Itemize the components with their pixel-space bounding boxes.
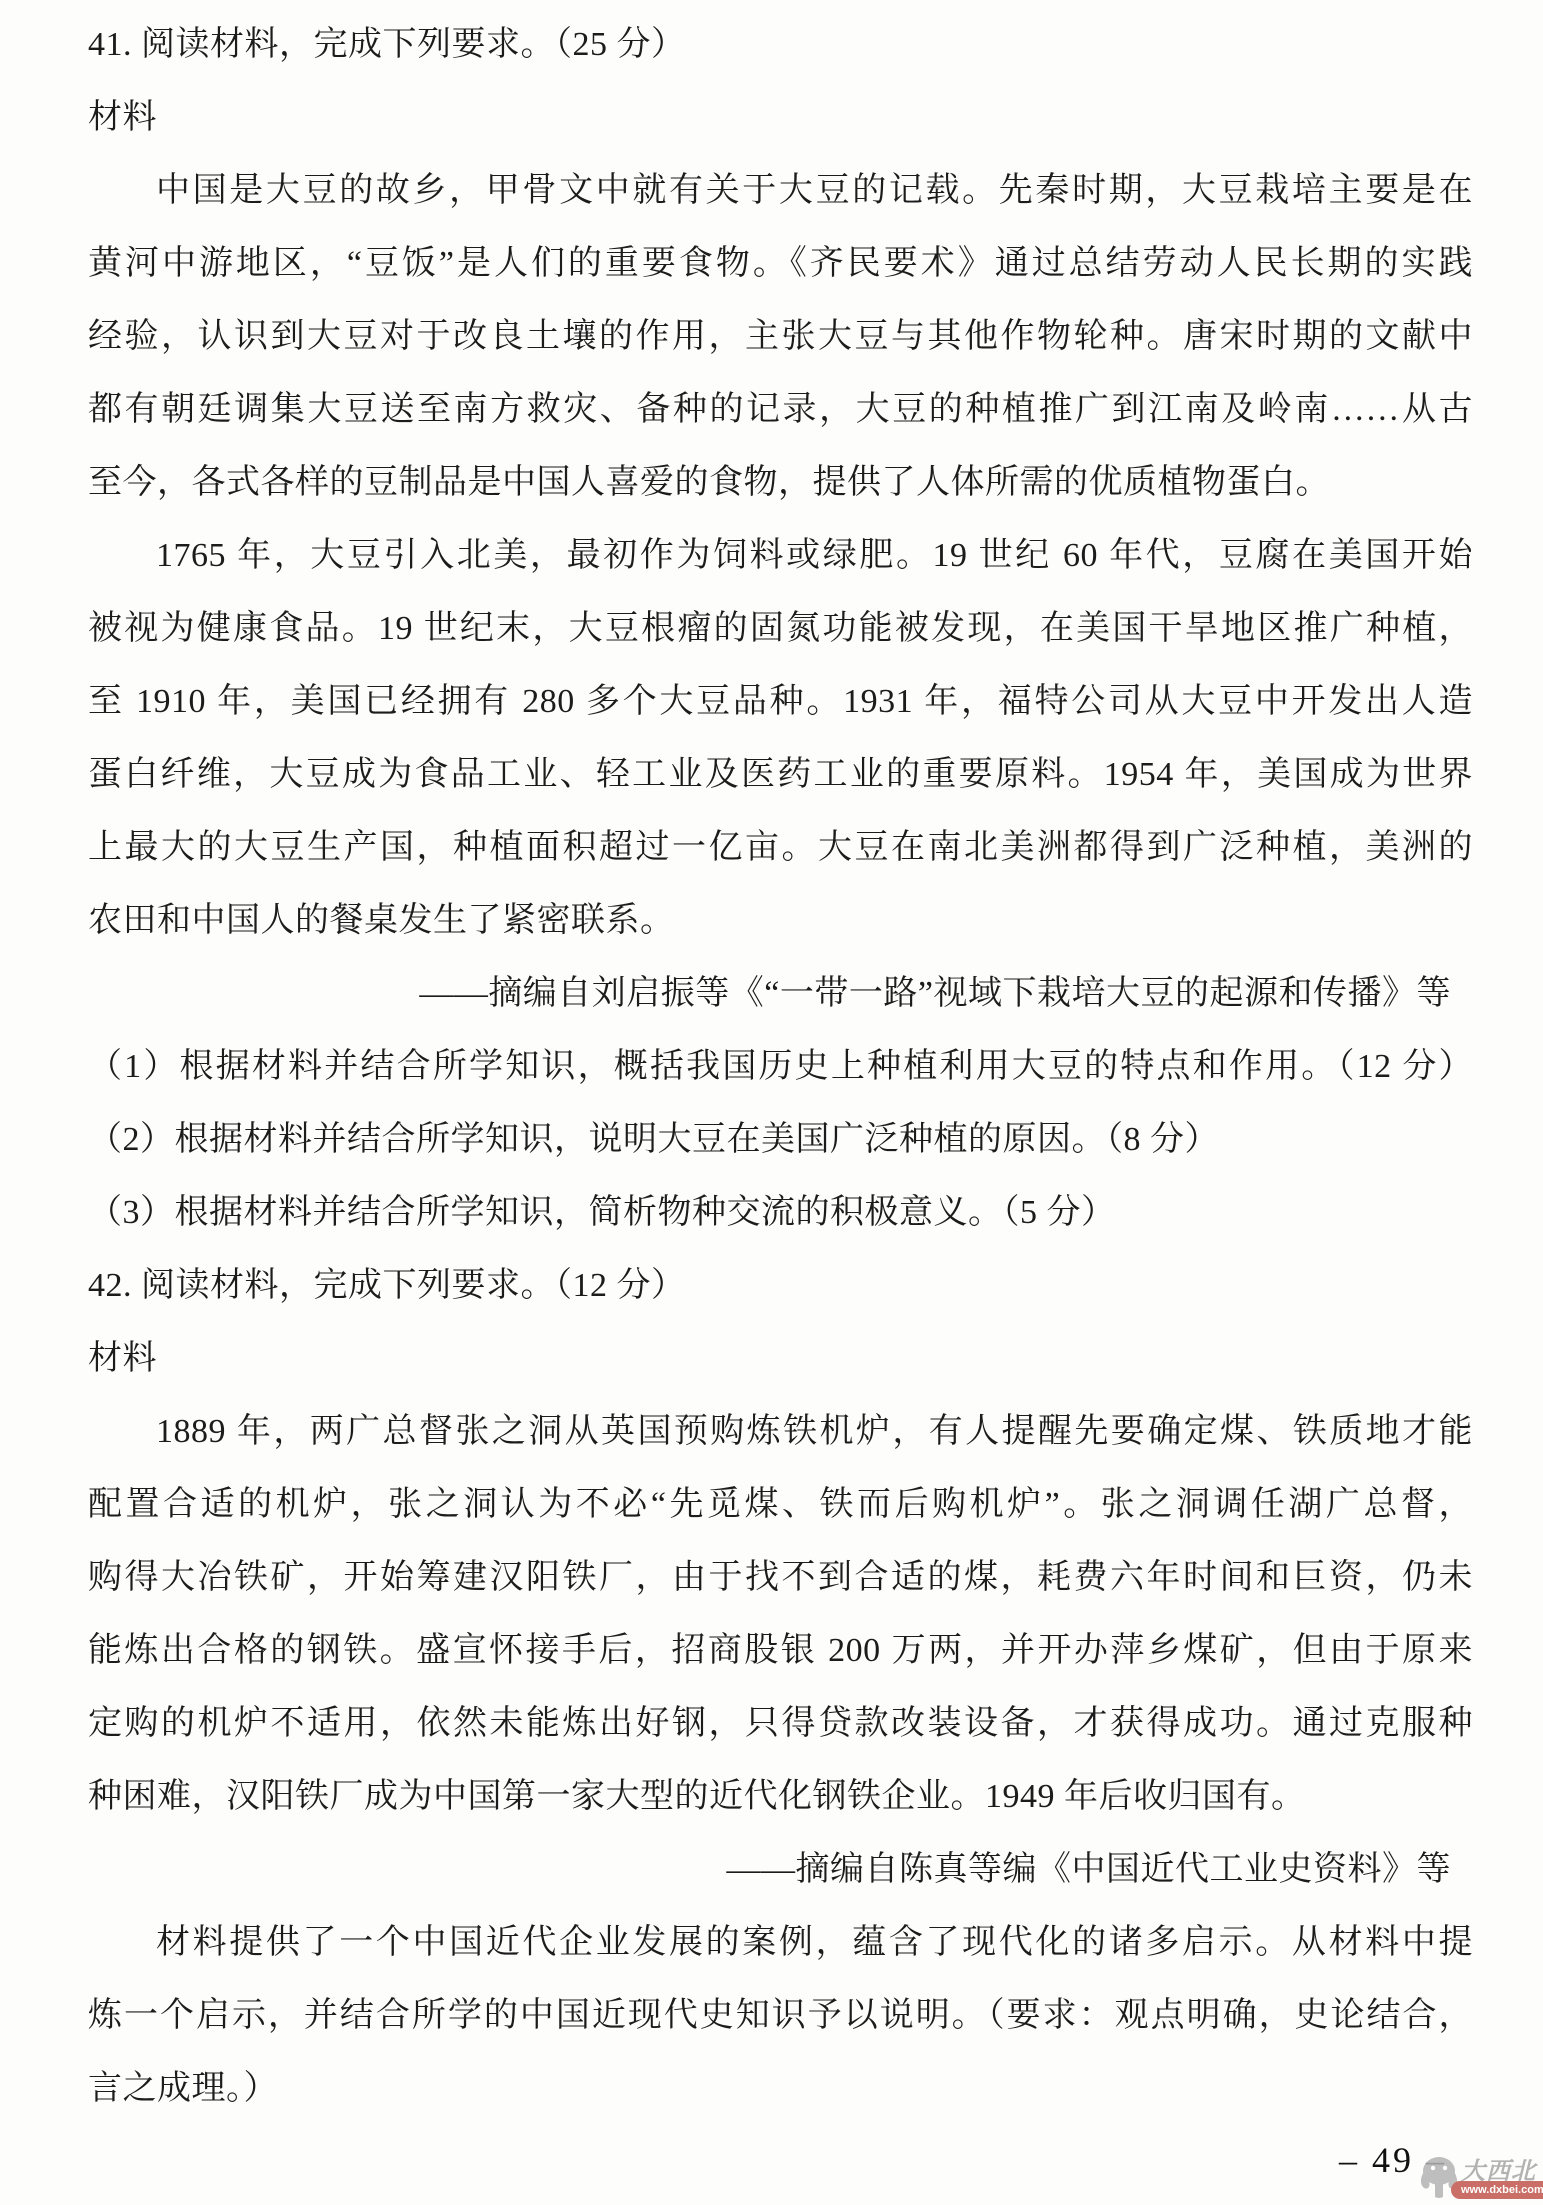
exam-content: 41. 阅读材料，完成下列要求。（25 分） 材料 中国是大豆的故乡，甲骨文中就… bbox=[0, 0, 1543, 2125]
material-line: 黄河中游地区，“豆饭”是人们的重要食物。《齐民要术》通过总结劳动人民长期的实践 bbox=[88, 227, 1473, 300]
source-citation-41: ——摘编自刘启振等《“一带一路”视域下栽培大豆的起源和传播》等 bbox=[88, 957, 1473, 1030]
material-line: 中国是大豆的故乡，甲骨文中就有关于大豆的记载。先秦时期，大豆栽培主要是在 bbox=[88, 154, 1473, 227]
material-line: 定购的机炉不适用，依然未能炼出好钢，只得贷款改装设备，才获得成功。通过克服种 bbox=[88, 1687, 1473, 1760]
material-line: 被视为健康食品。19 世纪末，大豆根瘤的固氮功能被发现，在美国干旱地区推广种植， bbox=[88, 592, 1473, 665]
question-41-heading: 41. 阅读材料，完成下列要求。（25 分） bbox=[88, 8, 1473, 81]
exam-page: 41. 阅读材料，完成下列要求。（25 分） 材料 中国是大豆的故乡，甲骨文中就… bbox=[0, 0, 1543, 2205]
material-label-42: 材料 bbox=[88, 1322, 1473, 1395]
material-paragraph-42: 1889 年，两广总督张之洞从英国预购炼铁机炉，有人提醒先要确定煤、铁质地才能 … bbox=[88, 1395, 1473, 1833]
question-42-heading: 42. 阅读材料，完成下列要求。（12 分） bbox=[88, 1249, 1473, 1322]
subquestion-41-3: （3）根据材料并结合所学知识，简析物种交流的积极意义。（5 分） bbox=[88, 1176, 1473, 1249]
source-citation-42: ——摘编自陈真等编《中国近代工业史资料》等 bbox=[88, 1833, 1473, 1906]
material-label-41: 材料 bbox=[88, 81, 1473, 154]
task-line: 言之成理。） bbox=[88, 2052, 1473, 2125]
material-line: 能炼出合格的钢铁。盛宣怀接手后，招商股银 200 万两，并开办萍乡煤矿，但由于原… bbox=[88, 1614, 1473, 1687]
watermark-site-url: www.dxbei.com bbox=[1451, 2181, 1543, 2199]
material-line: 蛋白纤维，大豆成为食品工业、轻工业及医药工业的重要原料。1954 年，美国成为世… bbox=[88, 738, 1473, 811]
material-paragraph-41-2: 1765 年，大豆引入北美，最初作为饲料或绿肥。19 世纪 60 年代，豆腐在美… bbox=[88, 519, 1473, 957]
material-line: 至 1910 年，美国已经拥有 280 多个大豆品种。1931 年，福特公司从大… bbox=[88, 665, 1473, 738]
material-line: 经验，认识到大豆对于改良土壤的作用，主张大豆与其他作物轮种。唐宋时期的文献中 bbox=[88, 300, 1473, 373]
task-line: 材料提供了一个中国近代企业发展的案例，蕴含了现代化的诸多启示。从材料中提 bbox=[88, 1906, 1473, 1979]
material-line: 都有朝廷调集大豆送至南方救灾、备种的记录，大豆的种植推广到江南及岭南……从古 bbox=[88, 373, 1473, 446]
material-line: 上最大的大豆生产国，种植面积超过一亿亩。大豆在南北美洲都得到广泛种植，美洲的 bbox=[88, 811, 1473, 884]
material-line: 至今，各式各样的豆制品是中国人喜爱的食物，提供了人体所需的优质植物蛋白。 bbox=[88, 446, 1473, 519]
task-paragraph-42: 材料提供了一个中国近代企业发展的案例，蕴含了现代化的诸多启示。从材料中提 炼一个… bbox=[88, 1906, 1473, 2125]
subquestion-41-2: （2）根据材料并结合所学知识，说明大豆在美国广泛种植的原因。（8 分） bbox=[88, 1103, 1473, 1176]
material-line: 购得大冶铁矿，开始筹建汉阳铁厂，由于找不到合适的煤，耗费六年时间和巨资，仍未 bbox=[88, 1541, 1473, 1614]
material-line: 种困难，汉阳铁厂成为中国第一家大型的近代化钢铁企业。1949 年后收归国有。 bbox=[88, 1760, 1473, 1833]
material-line: 农田和中国人的餐桌发生了紧密联系。 bbox=[88, 884, 1473, 957]
subquestion-41-1: （1）根据材料并结合所学知识，概括我国历史上种植利用大豆的特点和作用。（12 分… bbox=[88, 1030, 1473, 1103]
material-line: 配置合适的机炉，张之洞认为不必“先觅煤、铁而后购机炉”。张之洞调任湖广总督， bbox=[88, 1468, 1473, 1541]
task-line: 炼一个启示，并结合所学的中国近现代史知识予以说明。（要求：观点明确，史论结合， bbox=[88, 1979, 1473, 2052]
material-paragraph-41-1: 中国是大豆的故乡，甲骨文中就有关于大豆的记载。先秦时期，大豆栽培主要是在 黄河中… bbox=[88, 154, 1473, 519]
material-line: 1765 年，大豆引入北美，最初作为饲料或绿肥。19 世纪 60 年代，豆腐在美… bbox=[88, 519, 1473, 592]
material-line: 1889 年，两广总督张之洞从英国预购炼铁机炉，有人提醒先要确定煤、铁质地才能 bbox=[88, 1395, 1473, 1468]
watermark: 大西北 www.dxbei.com bbox=[1417, 2149, 1543, 2205]
